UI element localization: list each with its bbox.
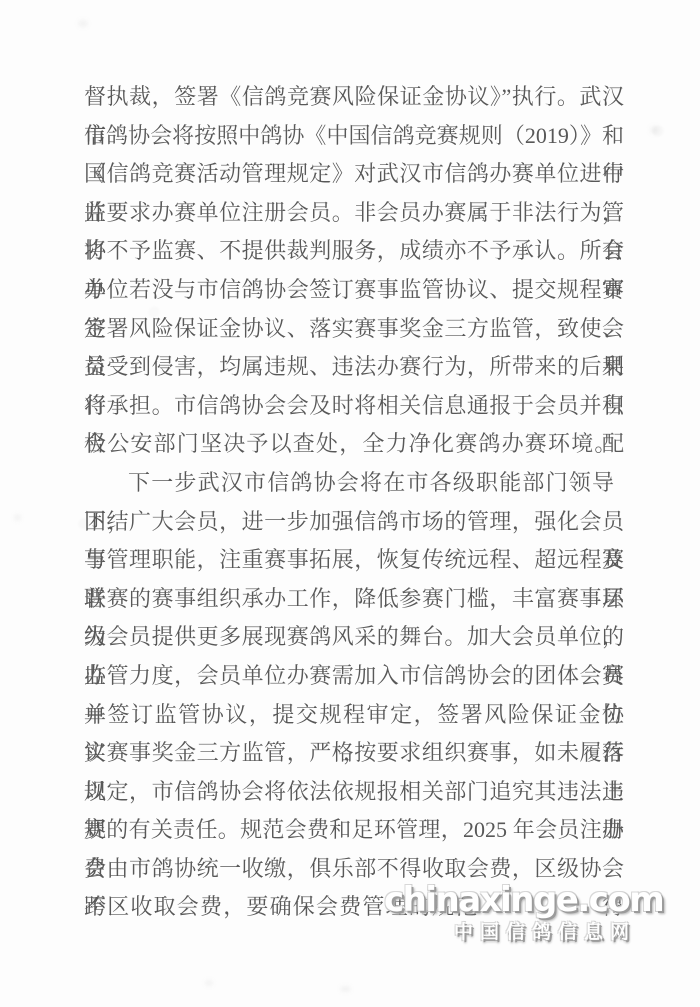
document-line: 团结广大会员，进一步加强信鸽市场的管理，强化会员与赛 bbox=[84, 503, 624, 542]
document-line: 实赛事奖金三方监管，严格按要求组织赛事，如未履行以上 bbox=[84, 734, 624, 773]
document-line: 信鸽协会将按照中鸽协《中国信鸽竞赛规则（2019）》和《中 bbox=[84, 117, 624, 156]
document-line: 监管力度，会员单位办赛需加入市信鸽协会的团体会员单位 bbox=[84, 657, 624, 696]
document-line: 联赛的赛事组织承办工作，降低参赛门槛，丰富赛事层级， bbox=[84, 580, 624, 619]
document-line: 督执裁，签署《信鸽竞赛风险保证金协议》”执行。武汉市 bbox=[84, 78, 624, 117]
scan-speck bbox=[205, 980, 213, 986]
document-line: 益受到侵害，均属违规、违法办赛行为，所带来的后果将自 bbox=[84, 348, 624, 387]
document-line-paragraph-start: 下一步武汉市信鸽协会将在市各级职能部门领导下， bbox=[84, 464, 624, 503]
document-line: 将不予监赛、不提供裁判服务，成绩亦不予承认。所有办赛 bbox=[84, 232, 624, 271]
document-line: 并签订监管协议，提交规程审定，签署风险保证金协议，落 bbox=[84, 696, 624, 735]
document-line: 事管理职能，注重赛事拓展，恢复传统远程、超远程及普环 bbox=[84, 541, 624, 580]
document-line: 签署风险保证金协议、落实赛事奖金三方监管，致使会员利 bbox=[84, 310, 624, 349]
watermark-site-name: 中国信鸽信息网 bbox=[384, 921, 652, 943]
document-line-paragraph-end: 合公安部门坚决予以查处，全力净化赛鸽办赛环境。 bbox=[84, 425, 624, 464]
scan-speck bbox=[340, 986, 351, 992]
document-line: 单位若没与市信鸽协会签订赛事监管协议、提交规程审定、 bbox=[84, 271, 624, 310]
scan-speck bbox=[14, 514, 21, 521]
scanned-document-page: 督执裁，签署《信鸽竞赛风险保证金协议》”执行。武汉市 信鸽协会将按照中鸽协《中国… bbox=[0, 0, 700, 1007]
watermark: chinaxinge.com 中国信鸽信息网 bbox=[384, 882, 652, 943]
document-line: 国信鸽竞赛活动管理规定》对武汉市信鸽办赛单位进行监管 bbox=[84, 155, 624, 194]
scan-speck bbox=[78, 20, 88, 27]
document-line: 赛的有关责任。规范会费和足环管理，2025 年会员注册会 bbox=[84, 811, 624, 850]
document-line: 并要求办赛单位注册会员。非会员办赛属于非法行为，协会 bbox=[84, 194, 624, 233]
watermark-site-url: chinaxinge.com bbox=[384, 882, 652, 918]
document-line: 为会员提供更多展现赛鸽风采的舞台。加大会员单位的办赛 bbox=[84, 618, 624, 657]
document-line: 规定，市信鸽协会将依法依规报相关部门追究其违法违规办 bbox=[84, 773, 624, 812]
document-body-text: 督执裁，签署《信鸽竞赛风险保证金协议》”执行。武汉市 信鸽协会将按照中鸽协《中国… bbox=[84, 78, 624, 927]
document-line: 行承担。市信鸽协会会及时将相关信息通报于会员并积极配 bbox=[84, 387, 624, 426]
scan-speck bbox=[650, 126, 659, 134]
